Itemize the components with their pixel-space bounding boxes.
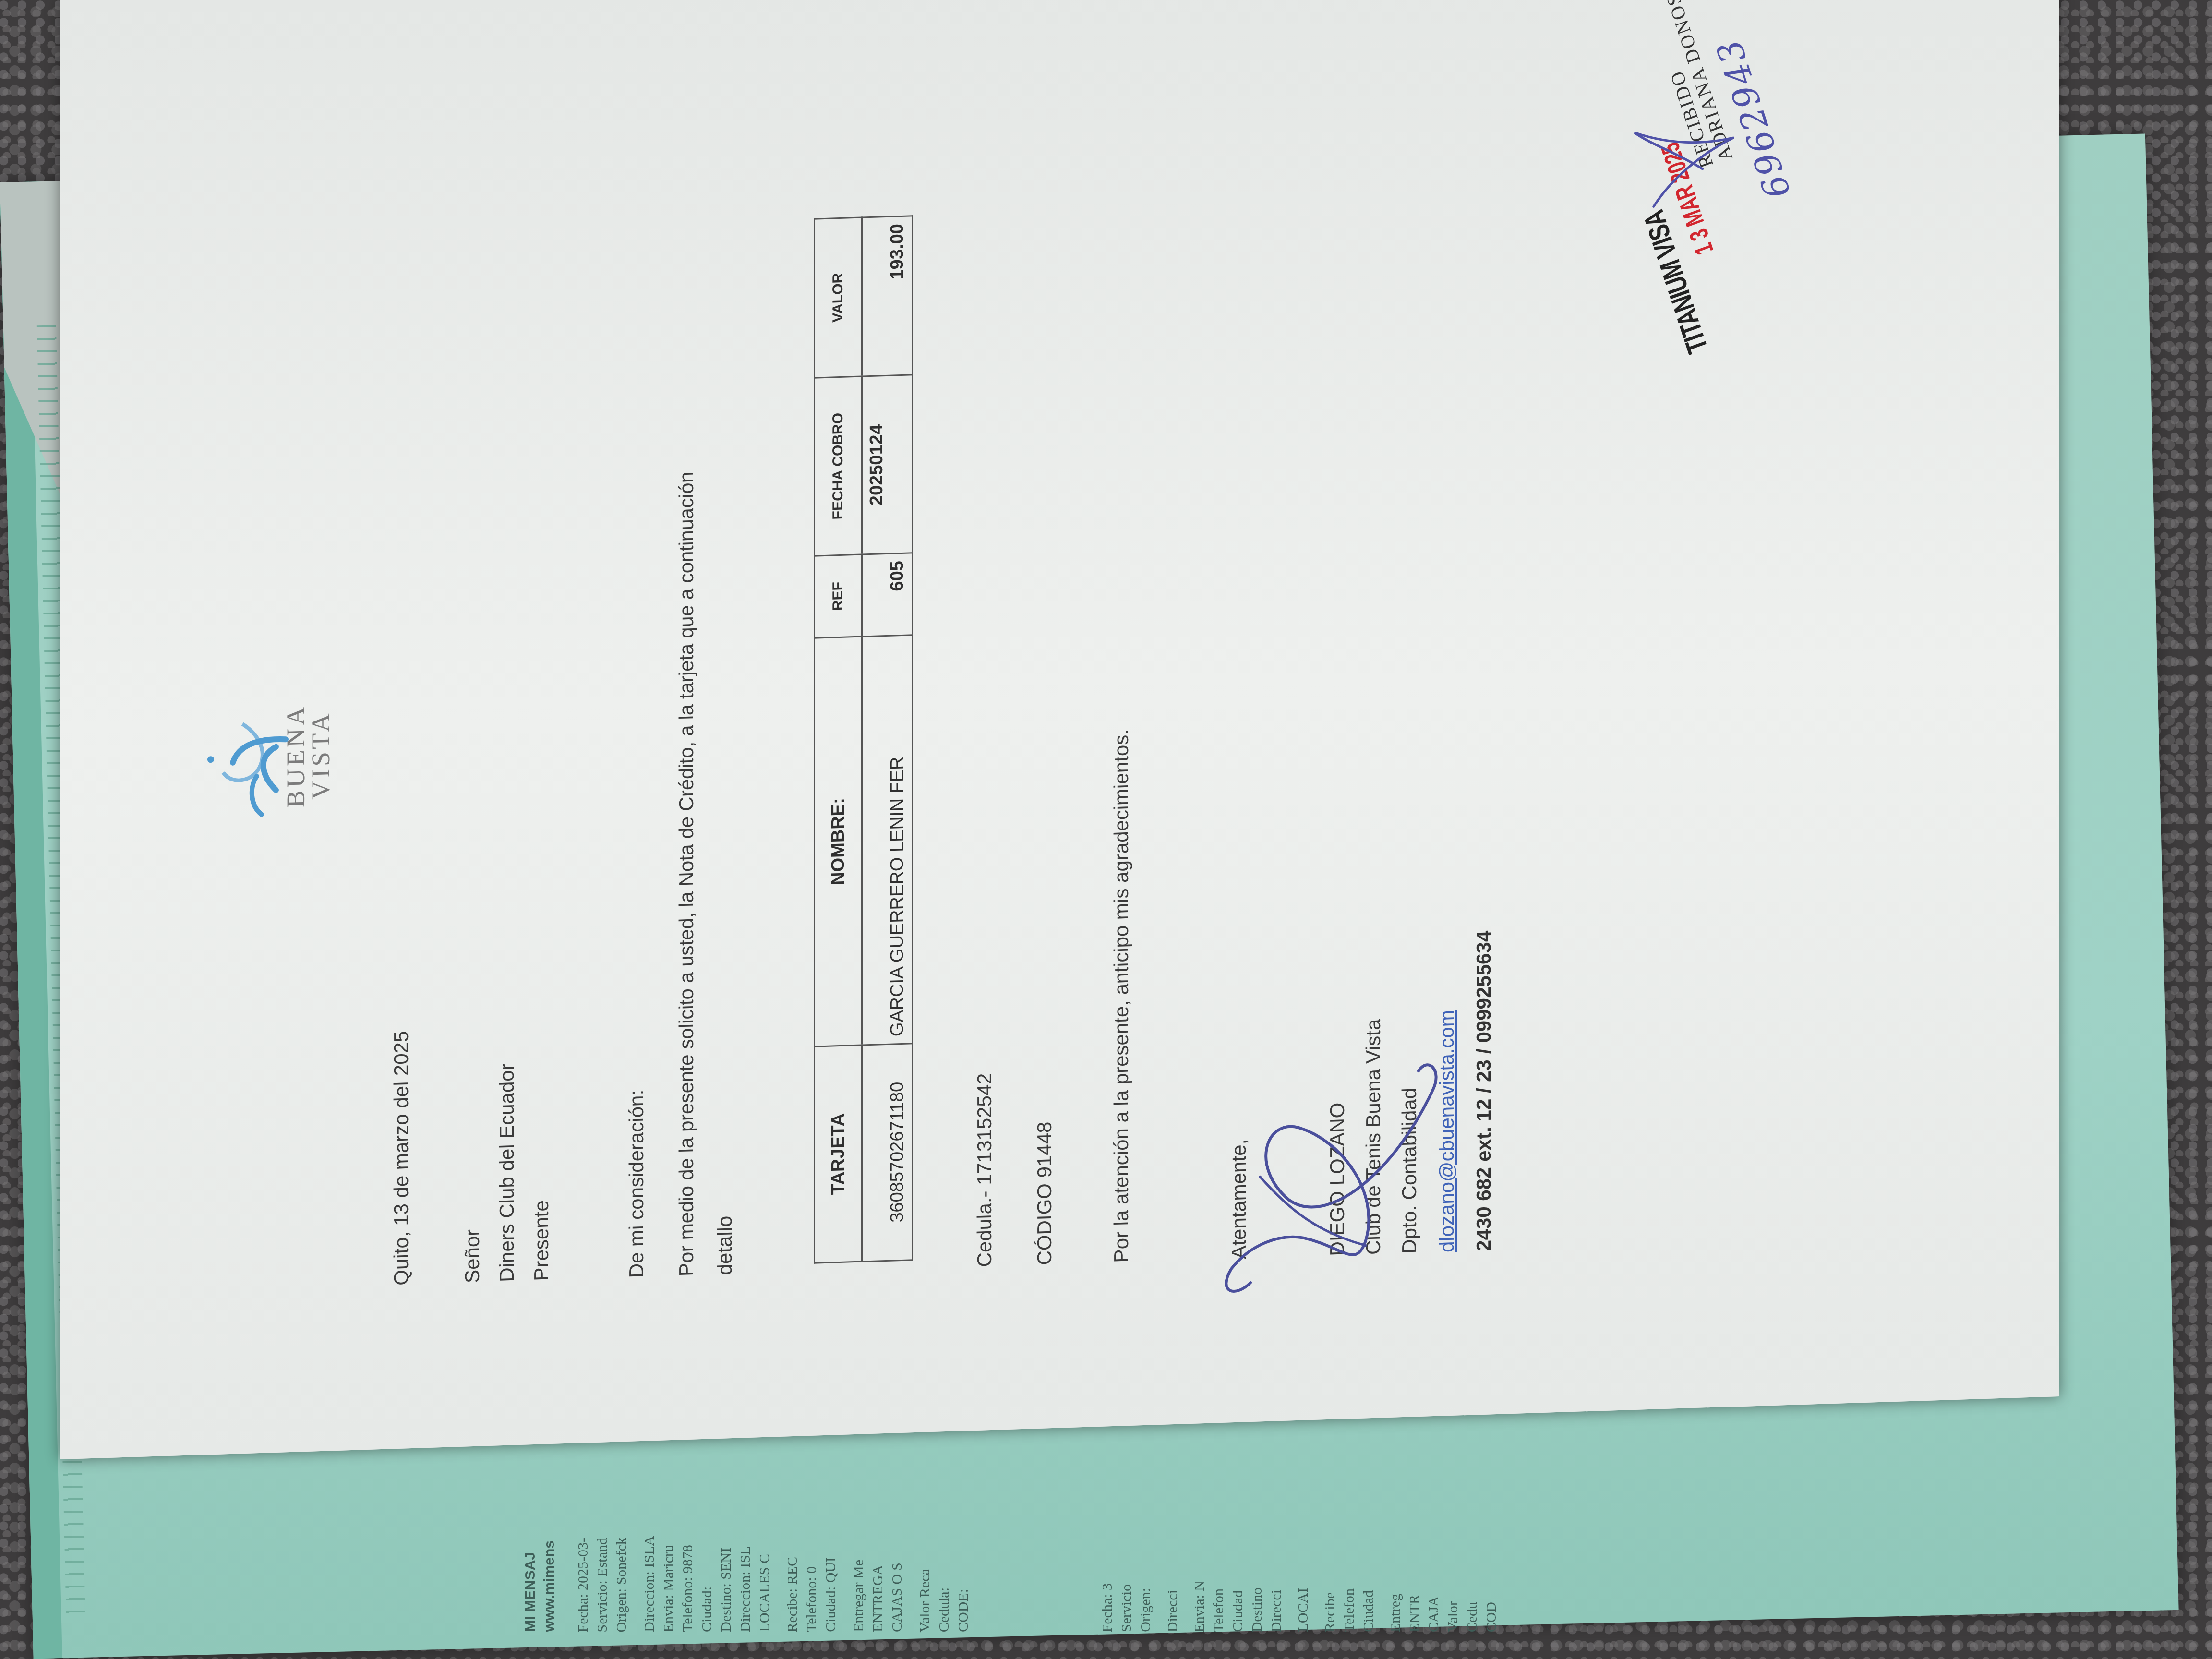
slip-line: ENTR (1407, 1595, 1422, 1632)
slip-line: Envia: N (1192, 1581, 1207, 1632)
slip-line: Ciudad: (700, 1587, 714, 1632)
slip-line: Telefono: 9878 (681, 1545, 695, 1632)
slip-line: Telefon (1212, 1588, 1226, 1632)
slip-line: Origen: (1139, 1588, 1153, 1632)
codigo: CÓDIGO 91448 (1034, 1121, 1055, 1265)
cell-valor: 193.00 (862, 216, 913, 376)
slip-line: Destino (1250, 1587, 1264, 1632)
letter-page: BUENA VISTA Quito, 13 de marzo del 2025 … (60, 0, 2059, 1459)
slip-line: Recibe (1323, 1592, 1337, 1632)
slip-line: CAJAS O S (890, 1563, 904, 1632)
greeting: De mi consideración: (626, 1089, 647, 1278)
slip-line: Entreg (1388, 1594, 1403, 1632)
slip-line: Servicio (1119, 1584, 1134, 1632)
slip-line: Cedula: (937, 1587, 951, 1632)
slip-line: Cedu (1465, 1602, 1479, 1632)
table-row: 36085702671180 GARCIA GUERRERO LENIN FER… (862, 216, 913, 1262)
recipient-organization: Diners Club del Ecuador (497, 1063, 517, 1283)
table-header-row: TARJETA NOMBRE: REF FECHA COBRO VALOR (815, 217, 862, 1263)
slip-line: Entregar Me (852, 1560, 866, 1632)
slip-line: LOCAI (1296, 1588, 1310, 1632)
slip-line: Telefon (1342, 1588, 1357, 1632)
body-paragraph-line1: Por medio de la presente solicito a uste… (676, 471, 697, 1276)
slip-line: Destino: SENI (719, 1548, 733, 1632)
slip-line: Direcci (1166, 1590, 1180, 1632)
col-nombre: NOMBRE: (815, 637, 862, 1046)
slip-line: LOCALES C (757, 1554, 772, 1632)
tennis-player-icon (204, 679, 290, 845)
recipient-presente: Presente (531, 1200, 552, 1281)
col-fecha-cobro: FECHA COBRO (815, 376, 862, 556)
club-logo: BUENA VISTA (204, 677, 348, 845)
handwritten-signature (1222, 1046, 1471, 1303)
logo-text-buena: BUENA (283, 698, 308, 814)
slip-line: Ciudad (1231, 1590, 1245, 1632)
courier-slip: MI MENSAJwww.mimensFecha: 2025-03-Servic… (504, 1459, 1656, 1659)
logo-text-vista: VISTA (308, 697, 333, 813)
letter-date: Quito, 13 de marzo del 2025 (391, 1031, 411, 1286)
slip-line: Telefono: 0 (805, 1566, 819, 1632)
slip-line: COD (1484, 1602, 1499, 1632)
reception-stamp: TITANIUM VISA 1 3 MAR 2025 RECIBIDO ADRI… (1463, 0, 1834, 388)
cell-ref: 605 (862, 553, 913, 637)
body-paragraph-line2: detallo (715, 1215, 735, 1275)
cell-nombre: GARCIA GUERRERO LENIN FER (862, 635, 913, 1045)
signer-phone: 2430 682 ext. 12 / 23 / 0999255634 (1474, 930, 1494, 1251)
slip-line: Valor (1446, 1601, 1460, 1632)
letter-sheet: BUENA VISTA Quito, 13 de marzo del 2025 … (60, 0, 2059, 1459)
cedula: Cedula.- 1713152542 (974, 1073, 995, 1267)
slip-line: Valor Reca (918, 1569, 932, 1632)
recipient-salutation: Señor (462, 1229, 482, 1283)
cell-tarjeta: 36085702671180 (862, 1044, 913, 1262)
slip-line: CODE: (956, 1589, 971, 1632)
slip-line: Fecha: 2025-03- (576, 1538, 590, 1632)
slip-line: Servicio: Estand (595, 1538, 610, 1632)
slip-line: www.mimens (542, 1540, 557, 1632)
slip-line: CAJA (1427, 1596, 1441, 1632)
slip-line: Direcci (1269, 1590, 1284, 1632)
col-ref: REF (815, 554, 862, 638)
col-valor: VALOR (815, 217, 862, 378)
slip-line: Origen: Sonefck (614, 1538, 629, 1632)
slip-line: ENTREGA (871, 1565, 885, 1632)
slip-line: Envia: Maricru (661, 1545, 676, 1632)
cell-fecha-cobro: 20250124 (862, 375, 913, 554)
slip-line: Fecha: 3 (1100, 1583, 1115, 1632)
closing-paragraph: Por la atención a la presente, anticipo … (1111, 729, 1131, 1263)
slip-line: MI MENSAJ (523, 1552, 538, 1632)
slip-line: Recibe: REC (785, 1557, 800, 1632)
slip-line: Direccion: ISLA (642, 1536, 657, 1632)
col-tarjeta: TARJETA (815, 1045, 862, 1263)
slip-line: Ciudad: QUI (824, 1557, 838, 1632)
logo-wordmark: BUENA VISTA (283, 697, 333, 814)
credit-note-table: TARJETA NOMBRE: REF FECHA COBRO VALOR 36… (814, 215, 913, 1264)
slip-line: Direccion: ISL (738, 1546, 753, 1632)
slip-line: Ciudad (1361, 1590, 1376, 1632)
